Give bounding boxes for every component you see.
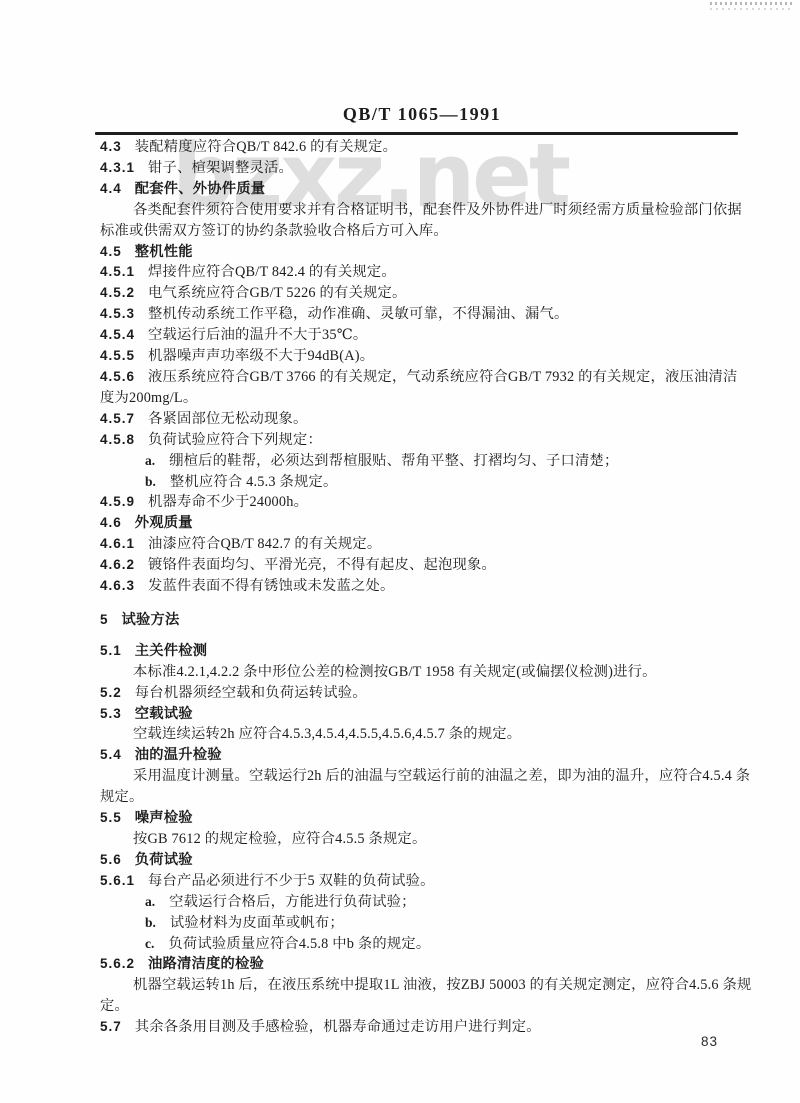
clause-text: 油路清洁度的检验 [148, 956, 264, 972]
clause-number: 4.6.1 [100, 534, 135, 555]
clause-text: 空载连续运转2h 应符合4.5.3,4.5.4,4.5.5,4.5.6,4.5.… [133, 726, 521, 742]
clause-text: 试验方法 [122, 612, 180, 628]
text-line: 4.5.2电气系统应符合GB/T 5226 的有关规定。 [100, 283, 748, 304]
clause-text: 定。 [100, 998, 129, 1014]
text-line: 各类配套件须符合使用要求并有合格证明书，配套件及外协件进厂时须经需方质量检验部门… [100, 200, 748, 221]
clause-number: 4.5.7 [100, 409, 135, 430]
clause-text: 空载运行合格后，方能进行负荷试验； [169, 894, 415, 910]
text-line: 4.6.3发蓝件表面不得有锈蚀或未发蓝之处。 [100, 576, 748, 597]
clause-text: 装配精度应符合QB/T 842.6 的有关规定。 [135, 139, 397, 155]
clause-text: 空载运行后油的温升不大于35℃。 [148, 327, 367, 343]
sub-item-line: b.整机应符合 4.5.3 条规定。 [100, 472, 748, 493]
text-line: 按GB 7612 的规定检验，应符合4.5.5 条规定。 [100, 829, 748, 850]
text-line: 5.6.2油路清洁度的检验 [100, 954, 748, 975]
clause-number: 4.5 [100, 242, 122, 263]
clause-text: 机器寿命不少于24000h。 [148, 494, 308, 510]
clause-text: 镀铬件表面均匀、平滑光亮，不得有起皮、起泡现象。 [148, 557, 496, 573]
clause-number: 5.1 [100, 641, 122, 662]
text-line: 4.5.6液压系统应符合GB/T 3766 的有关规定，气动系统应符合GB/T … [100, 367, 748, 388]
clause-number: 5.3 [100, 704, 122, 725]
clause-text: 每台产品必须进行不少于5 双鞋的负荷试验。 [148, 873, 435, 889]
text-line: 4.5.5机器噪声声功率级不大于94dB(A)。 [100, 346, 748, 367]
clause-number: 5 [100, 610, 109, 631]
text-line: 4.6.1油漆应符合QB/T 842.7 的有关规定。 [100, 534, 748, 555]
text-line: 4.5.1焊接件应符合QB/T 842.4 的有关规定。 [100, 262, 748, 283]
clause-number: a. [145, 892, 155, 913]
text-line: 定。 [100, 996, 748, 1017]
document-page: bzxz.net QB/T 1065—1991 4.3装配精度应符合QB/T 8… [0, 0, 800, 1103]
sub-item-line: c.负荷试验质量应符合4.5.8 中b 条的规定。 [100, 934, 748, 955]
text-line: 5.3空载试验 [100, 704, 748, 725]
clause-number: 4.6 [100, 513, 122, 534]
text-line: 4.5.3整机传动系统工作平稳，动作准确、灵敏可靠，不得漏油、漏气。 [100, 304, 748, 325]
clause-number: b. [145, 913, 156, 934]
text-line: 4.5.8负荷试验应符合下列规定： [100, 430, 748, 451]
clause-number: a. [145, 451, 155, 472]
clause-number: b. [145, 472, 156, 493]
clause-number: 5.5 [100, 808, 122, 829]
clause-text: 机器噪声声功率级不大于94dB(A)。 [148, 348, 374, 364]
text-line: 标准或供需双方签订的协约条款验收合格后方可入库。 [100, 221, 748, 242]
text-line: 5试验方法 [100, 610, 748, 631]
text-line: 5.5噪声检验 [100, 808, 748, 829]
text-line: 5.1主关件检测 [100, 641, 748, 662]
scan-artifact [710, 2, 792, 12]
clause-text: 度为200mg/L。 [100, 390, 197, 406]
clause-number: 5.6 [100, 850, 122, 871]
text-line: 4.3装配精度应符合QB/T 842.6 的有关规定。 [100, 137, 748, 158]
clause-number: 5.6.2 [100, 954, 135, 975]
clause-number: 4.5.2 [100, 283, 135, 304]
clause-text: 外观质量 [135, 515, 193, 531]
clause-text: 负荷试验应符合下列规定： [148, 432, 322, 448]
clause-text: 钳子、楦架调整灵活。 [148, 160, 293, 176]
clause-number: 4.5.9 [100, 492, 135, 513]
clause-text: 本标准4.2.1,4.2.2 条中形位公差的检测按GB/T 1958 有关规定(… [133, 664, 657, 680]
text-line: 规定。 [100, 787, 748, 808]
sub-item-line: b.试验材料为皮面革或帆布； [100, 913, 748, 934]
clause-number: 5.6.1 [100, 871, 135, 892]
clause-text: 整机应符合 4.5.3 条规定。 [170, 474, 338, 490]
clause-text: 试验材料为皮面革或帆布； [170, 915, 344, 931]
clause-text: 其余各条用目测及手感检验，机器寿命通过走访用户进行判定。 [135, 1019, 541, 1035]
clause-number: c. [145, 934, 154, 955]
text-line: 5.6.1每台产品必须进行不少于5 双鞋的负荷试验。 [100, 871, 748, 892]
clause-number: 4.5.1 [100, 262, 135, 283]
clause-text: 按GB 7612 的规定检验，应符合4.5.5 条规定。 [133, 831, 427, 847]
text-line: 4.6.2镀铬件表面均匀、平滑光亮，不得有起皮、起泡现象。 [100, 555, 748, 576]
text-line: 4.6外观质量 [100, 513, 748, 534]
clause-text: 机器空载运转1h 后，在液压系统中提取1L 油液，按ZBJ 50003 的有关规… [133, 977, 751, 993]
text-line: 4.5.9机器寿命不少于24000h。 [100, 492, 748, 513]
text-line: 度为200mg/L。 [100, 388, 748, 409]
clause-text: 规定。 [100, 789, 144, 805]
clause-number: 4.6.3 [100, 576, 135, 597]
clause-text: 绷楦后的鞋帮，必须达到帮楦服贴、帮角平整、打褶均匀、子口清楚； [169, 453, 618, 469]
document-body: 4.3装配精度应符合QB/T 842.6 的有关规定。4.3.1钳子、楦架调整灵… [100, 137, 748, 1038]
clause-text: 标准或供需双方签订的协约条款验收合格后方可入库。 [100, 223, 448, 239]
clause-text: 发蓝件表面不得有锈蚀或未发蓝之处。 [148, 578, 394, 594]
clause-number: 4.5.4 [100, 325, 135, 346]
sub-item-line: a.绷楦后的鞋帮，必须达到帮楦服贴、帮角平整、打褶均匀、子口清楚； [100, 451, 748, 472]
clause-number: 4.5.3 [100, 304, 135, 325]
clause-number: 4.3 [100, 137, 122, 158]
clause-text: 负荷试验 [135, 852, 193, 868]
clause-number: 5.7 [100, 1017, 122, 1038]
text-line: 机器空载运转1h 后，在液压系统中提取1L 油液，按ZBJ 50003 的有关规… [100, 975, 748, 996]
text-line: 5.4油的温升检验 [100, 745, 748, 766]
clause-text: 整机性能 [135, 244, 193, 260]
clause-text: 各紧固部位无松动现象。 [148, 411, 307, 427]
clause-text: 油漆应符合QB/T 842.7 的有关规定。 [148, 536, 381, 552]
text-line: 5.7其余各条用目测及手感检验，机器寿命通过走访用户进行判定。 [100, 1017, 748, 1038]
text-line: 4.5.7各紧固部位无松动现象。 [100, 409, 748, 430]
clause-text: 负荷试验质量应符合4.5.8 中b 条的规定。 [168, 936, 430, 952]
clause-text: 电气系统应符合GB/T 5226 的有关规定。 [148, 285, 407, 301]
text-line: 4.3.1钳子、楦架调整灵活。 [100, 158, 748, 179]
clause-number: 5.4 [100, 745, 122, 766]
clause-text: 整机传动系统工作平稳，动作准确、灵敏可靠，不得漏油、漏气。 [148, 306, 568, 322]
clause-text: 各类配套件须符合使用要求并有合格证明书，配套件及外协件进厂时须经需方质量检验部门… [133, 202, 742, 218]
text-line: 本标准4.2.1,4.2.2 条中形位公差的检测按GB/T 1958 有关规定(… [100, 662, 748, 683]
clause-text: 采用温度计测量。空载运行2h 后的油温与空载运行前的油温之差，即为油的温升，应符… [133, 768, 750, 784]
clause-number: 4.5.8 [100, 430, 135, 451]
text-line: 采用温度计测量。空载运行2h 后的油温与空载运行前的油温之差，即为油的温升，应符… [100, 766, 748, 787]
clause-number: 4.3.1 [100, 158, 135, 179]
text-line: 4.4配套件、外协件质量 [100, 179, 748, 200]
text-line: 空载连续运转2h 应符合4.5.3,4.5.4,4.5.5,4.5.6,4.5.… [100, 724, 748, 745]
clause-text: 噪声检验 [135, 810, 193, 826]
clause-number: 4.4 [100, 179, 122, 200]
clause-text: 主关件检测 [135, 643, 207, 659]
text-line: 5.6负荷试验 [100, 850, 748, 871]
clause-number: 4.5.5 [100, 346, 135, 367]
clause-text: 液压系统应符合GB/T 3766 的有关规定，气动系统应符合GB/T 7932 … [148, 369, 738, 385]
sub-item-line: a.空载运行合格后，方能进行负荷试验； [100, 892, 748, 913]
clause-text: 焊接件应符合QB/T 842.4 的有关规定。 [148, 264, 396, 280]
clause-number: 4.6.2 [100, 555, 135, 576]
clause-number: 4.5.6 [100, 367, 135, 388]
clause-text: 配套件、外协件质量 [135, 181, 265, 197]
clause-text: 油的温升检验 [135, 747, 222, 763]
text-line: 4.5整机性能 [100, 242, 748, 263]
text-line: 5.2每台机器须经空载和负荷运转试验。 [100, 683, 748, 704]
clause-text: 每台机器须经空载和负荷运转试验。 [135, 685, 367, 701]
clause-text: 空载试验 [135, 706, 193, 722]
text-line: 4.5.4空载运行后油的温升不大于35℃。 [100, 325, 748, 346]
header-rule [95, 132, 738, 135]
clause-number: 5.2 [100, 683, 122, 704]
standard-code-header: QB/T 1065—1991 [22, 104, 800, 125]
